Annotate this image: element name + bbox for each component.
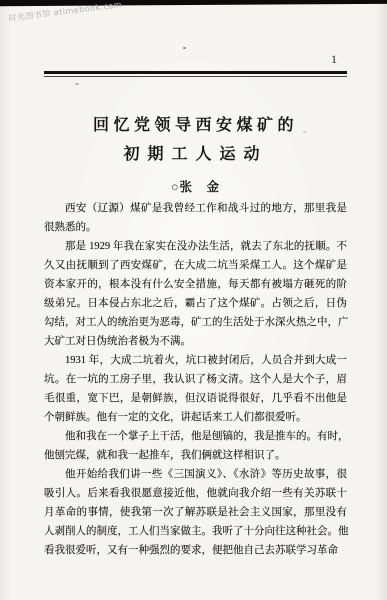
body-line: 坑。在一坑的工房子里，我认识了杨文清。这个人是大个子，眉	[44, 370, 347, 389]
body-line: 勾结，对工人的统治更为恶毒，矿工的生活处于水深火热之中，广	[44, 313, 347, 332]
body-line: 久又由抚顺到了西安煤矿，在大成二坑当采煤工人。这个煤矿是	[44, 256, 347, 275]
body-line: 大矿工对日伪统治者极为不满。	[44, 332, 347, 351]
body-line: 资本家开的，根本没有什么安全措施，每天都有被塌方砸死的阶	[44, 275, 347, 294]
article-title-line1: 回忆党领导西安煤矿的	[44, 118, 347, 134]
body-line: 级弟兄。日本侵占东北之后，霸占了这个煤矿。占领之后，日伪	[44, 294, 347, 313]
body-line: 吸引人。后来看我很愿意接近他，他就向我介绍一些有关苏联十	[44, 484, 347, 503]
body-line: 月革命的事情，使我第一次了解苏联是社会主义国家，那里没有	[44, 503, 347, 522]
header-rule-thin	[44, 76, 347, 77]
scan-specks	[0, 0, 1, 1]
body-line: 他刨完煤，就和我一起推车，我们俩就这样相识了。	[44, 446, 347, 465]
header-rule	[44, 71, 347, 77]
body-text: 西安（辽源）煤矿是我曾经工作和战斗过的地方，那里我是很熟悉的。那是 1929 年…	[44, 199, 347, 560]
author-byline: ○张 金	[44, 177, 347, 195]
article-title-line2: 初期工人运动	[44, 147, 347, 163]
body-line: 那是 1929 年我在家实在没办法生活，就去了东北的抚顺。不	[44, 237, 347, 256]
body-line: 很熟悉的。	[44, 218, 347, 237]
body-line: 西安（辽源）煤矿是我曾经工作和战斗过的地方，那里我是	[44, 199, 347, 218]
body-line: 个朝鲜族。他有一定的文化，讲起话来工人们都很爱听。	[44, 408, 347, 427]
body-line: 毛很重，宽下巴，是朝鲜族，但汉语说得很好，几乎看不出他是	[44, 389, 347, 408]
scanned-book-page: 时光图书馆 atimebook.com 1 回忆党领导西安煤矿的 初期工人运动 …	[0, 0, 387, 600]
scan-edge-artifact	[0, 0, 387, 6]
body-line: 1931 年，大成二坑着火，坑口被封闭后，人员合并到大成一	[44, 351, 347, 370]
page-number: 1	[322, 52, 346, 67]
body-line: 他开始给我们讲一些《三国演义》、《水浒》等历史故事，很	[44, 465, 347, 484]
header-rule-thick	[44, 71, 347, 74]
article-title: 回忆党领导西安煤矿的 初期工人运动	[44, 118, 347, 163]
body-line: 看我很爱听，又有一种强烈的要求，便把他自己去苏联学习革命	[44, 541, 347, 560]
body-line: 人剥削人的制度，工人们当家做主。我听了十分向往这种社会。他	[44, 522, 347, 541]
body-line: 他和我在一个掌子上干活，他是刨镐的，我是推车的。有时，	[44, 427, 347, 446]
